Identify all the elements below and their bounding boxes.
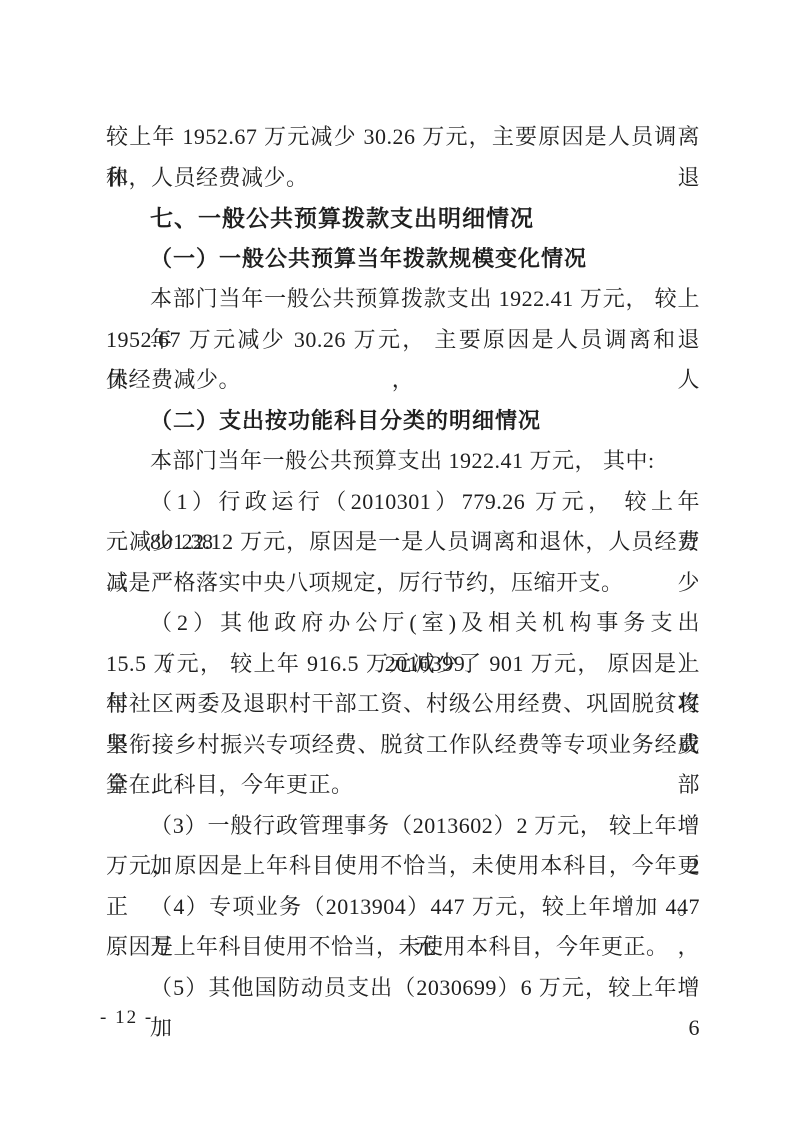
para-total-expenditure: 本部门当年一般公共预算支出 1922.41 万元， 其中: [106, 441, 700, 482]
para-item1-line-1: （1）行政运行（2010301）779.26 万元， 较上年 801.38 万 [106, 482, 700, 523]
para-item1-line-3: 二是严格落实中央八项规定，厉行节约，压缩开支。 [106, 563, 700, 604]
subsection-heading-2: （二）支出按功能科目分类的明细情况 [106, 401, 700, 442]
para-item2-line-3: 村社区两委及退职村干部工资、村级公用经费、巩固脱贫攻坚成 [106, 684, 700, 725]
page-number: - 12 - [100, 1003, 153, 1033]
para-prev-continuation-line-1: 较上年 1952.67 万元减少 30.26 万元，主要原因是人员调离和退 [106, 117, 700, 158]
document-page: 较上年 1952.67 万元减少 30.26 万元，主要原因是人员调离和退 休，… [0, 0, 793, 1122]
para-item3-line-1: （3）一般行政管理事务（2013602）2 万元， 较上年增加 2 [106, 806, 700, 847]
section-heading-7: 七、一般公共预算拨款支出明细情况 [106, 198, 700, 239]
para-item2-line-1: （2）其他政府办公厅(室)及相关机构事务支出（2010399） [106, 603, 700, 644]
subsection-heading-1: （一）一般公共预算当年拨款规模变化情况 [106, 239, 700, 280]
para-item2-line-4: 果衔接乡村振兴专项经费、脱贫工作队经费等专项业务经费全部 [106, 725, 700, 766]
para-item3-line-2: 万元，原因是上年科目使用不恰当，未使用本科目，今年更正。 [106, 846, 700, 887]
text-block: 较上年 1952.67 万元减少 30.26 万元，主要原因是人员调离和退 休，… [106, 117, 700, 1008]
para-scale-change-line-1: 本部门当年一般公共预算拨款支出 1922.41 万元， 较上年 [106, 279, 700, 320]
para-item4-line-2: 原因是上年科目使用不恰当，未使用本科目，今年更正。 [106, 927, 700, 968]
para-item4-line-1: （4）专项业务（2013904）447 万元，较上年增加 447 万元， [106, 887, 700, 928]
para-item2-line-2: 15.5 万元， 较上年 916.5 万元减少了 901 万元， 原因是上年将 [106, 644, 700, 685]
para-item5-line-1: （5）其他国防动员支出（2030699）6 万元，较上年增加 6 [106, 968, 700, 1009]
para-item1-line-2: 元减少 22.12 万元，原因是一是人员调离和退休，人员经费减少 [106, 522, 700, 563]
para-scale-change-line-2: 1952.67 万元减少 30.26 万元， 主要原因是人员调离和退休，人 [106, 320, 700, 361]
